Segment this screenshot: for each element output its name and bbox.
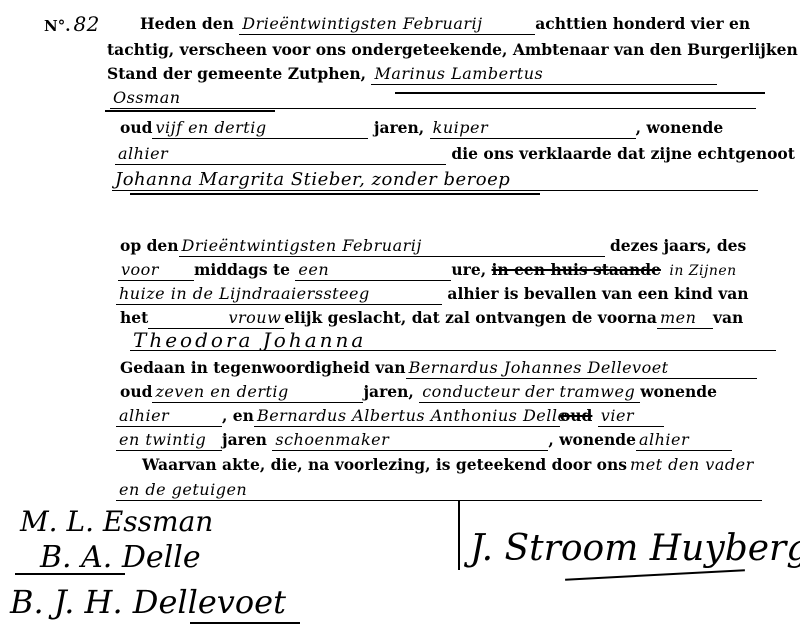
underline (105, 110, 275, 112)
underline (130, 193, 540, 195)
printed-text: , wonende (636, 118, 724, 137)
birth-certificate-page: N°.82 Heden den Drieëntwintigsten Februa… (0, 0, 800, 629)
witness-1-residence: alhier (116, 406, 222, 427)
mother-name: Johanna Margrita Stieber, zonder beroep (112, 170, 758, 191)
line-12: Theodora Johanna (130, 330, 776, 352)
signers: met den vader (627, 455, 773, 475)
declarant-age: vijf en dertig (152, 118, 368, 139)
record-number-value: 82 (70, 12, 102, 36)
printed-text: Gedaan in tegenwoordigheid van (120, 358, 406, 377)
birth-date: Drieëntwintigsten Februarij (179, 236, 605, 257)
printed-text: middags te (194, 260, 290, 279)
record-number: N°.82 (44, 12, 103, 36)
line-4: Ossman (110, 88, 756, 109)
line-11: hetvrouwelijk geslacht, dat zal ontvange… (120, 308, 743, 329)
printed-text: jaren, (374, 118, 424, 137)
printed-text: van (713, 308, 743, 327)
printed-text: Heden den (140, 14, 234, 33)
printed-text: , wonende (548, 430, 636, 449)
signature-witness-1: B. J. H. Dellevoet (10, 583, 286, 621)
child-name: Theodora Johanna (130, 330, 776, 351)
line-5: oudvijf en dertig jaren, kuiper, wonende (120, 118, 723, 139)
line-3: Stand der gemeente Zutphen, Marinus Lamb… (107, 64, 717, 85)
names-word: men (657, 308, 713, 329)
line-18: en de getuigen (116, 480, 762, 501)
declarant-occupation: kuiper (430, 118, 636, 139)
witness-1-age: zeven en dertig (152, 382, 363, 403)
line-17: Waarvan akte, die, na voorlezing, is get… (142, 455, 773, 475)
signature-official: J. Stroom Huyberg (470, 528, 800, 569)
line-15: alhier, enBernardus Albertus Anthonius D… (116, 406, 664, 427)
line-6: alhier die ons verklaarde dat zijne echt… (115, 144, 795, 165)
line-14: oudzeven en dertigjaren, conducteur der … (120, 382, 717, 403)
line-16: en twintigjaren schoenmaker, wonendealhi… (116, 430, 732, 451)
line-10: huize in de Lijndraaierssteeg alhier is … (116, 284, 749, 305)
printed-text: Waarvan akte, die, na voorlezing, is get… (142, 455, 627, 474)
printed-text: Stand der gemeente (107, 64, 282, 83)
birth-place-start: in Zijnen (666, 261, 739, 281)
struck-text: oud (560, 406, 592, 425)
declarant-first-names: Marinus Lambertus (371, 64, 717, 85)
printed-text: ure, (451, 260, 486, 279)
printed-text: dezes jaars, des (610, 236, 746, 255)
record-number-label: N°. (44, 17, 70, 35)
signature-father: M. L. Essman (20, 505, 213, 538)
signers-continued: en de getuigen (116, 480, 762, 501)
time-of-day: voor (118, 260, 194, 281)
printed-text: , en (222, 406, 254, 425)
witness-2-occupation: schoenmaker (272, 430, 548, 451)
declarant-residence: alhier (115, 144, 446, 165)
printed-text: oud (120, 118, 152, 137)
line-1: Heden den Drieëntwintigsten Februarijach… (140, 14, 750, 35)
declarant-surname: Ossman (110, 88, 756, 109)
witness-2-residence: alhier (636, 430, 732, 451)
line-13: Gedaan in tegenwoordigheid vanBernardus … (120, 358, 757, 379)
child-sex: vrouw (148, 308, 284, 329)
line-2: tachtig, verscheen voor ons ondergeteeke… (107, 40, 798, 60)
struck-text: in een huis staande (492, 260, 661, 279)
witness-2-age-start: vier (598, 406, 664, 427)
registration-date: Drieëntwintigsten Februarij (239, 14, 535, 35)
birth-place: huize in de Lijndraaierssteeg (116, 284, 442, 305)
printed-text: alhier is bevallen van een kind van (447, 284, 748, 303)
witness-1-occupation: conducteur der tramweg (419, 382, 640, 403)
printed-text: elijk geslacht, dat zal ontvangen de voo… (284, 308, 657, 327)
signature-underline (565, 569, 745, 580)
signature-underline (190, 622, 300, 624)
official-signature-stroke (458, 500, 460, 570)
printed-text: achttien honderd vier en (535, 14, 750, 33)
line-7: Johanna Margrita Stieber, zonder beroep (112, 170, 758, 191)
printed-text: het (120, 308, 148, 327)
printed-text: tachtig, verscheen voor ons ondergeteeke… (107, 40, 798, 59)
birth-hour: een (295, 260, 451, 281)
municipality: Zutphen (288, 64, 361, 83)
witness-1-name: Bernardus Johannes Dellevoet (406, 358, 757, 379)
printed-text: wonende (640, 382, 717, 401)
line-8: op denDrieëntwintigsten Februarij dezes … (120, 236, 746, 257)
signature-underline (15, 573, 125, 575)
signature-witness-2: B. A. Delle (40, 540, 201, 575)
printed-text: op den (120, 236, 179, 255)
line-9: voormiddags te eenure, in een huis staan… (118, 260, 740, 281)
witness-2-name: Bernardus Albertus Anthonius Delle (254, 406, 560, 427)
printed-text: jaren (222, 430, 267, 449)
witness-2-age: en twintig (116, 430, 222, 451)
printed-text: jaren, (363, 382, 413, 401)
printed-text: oud (120, 382, 152, 401)
printed-text: , (361, 64, 366, 83)
printed-text: die ons verklaarde dat zijne echtgenoot (451, 144, 795, 163)
